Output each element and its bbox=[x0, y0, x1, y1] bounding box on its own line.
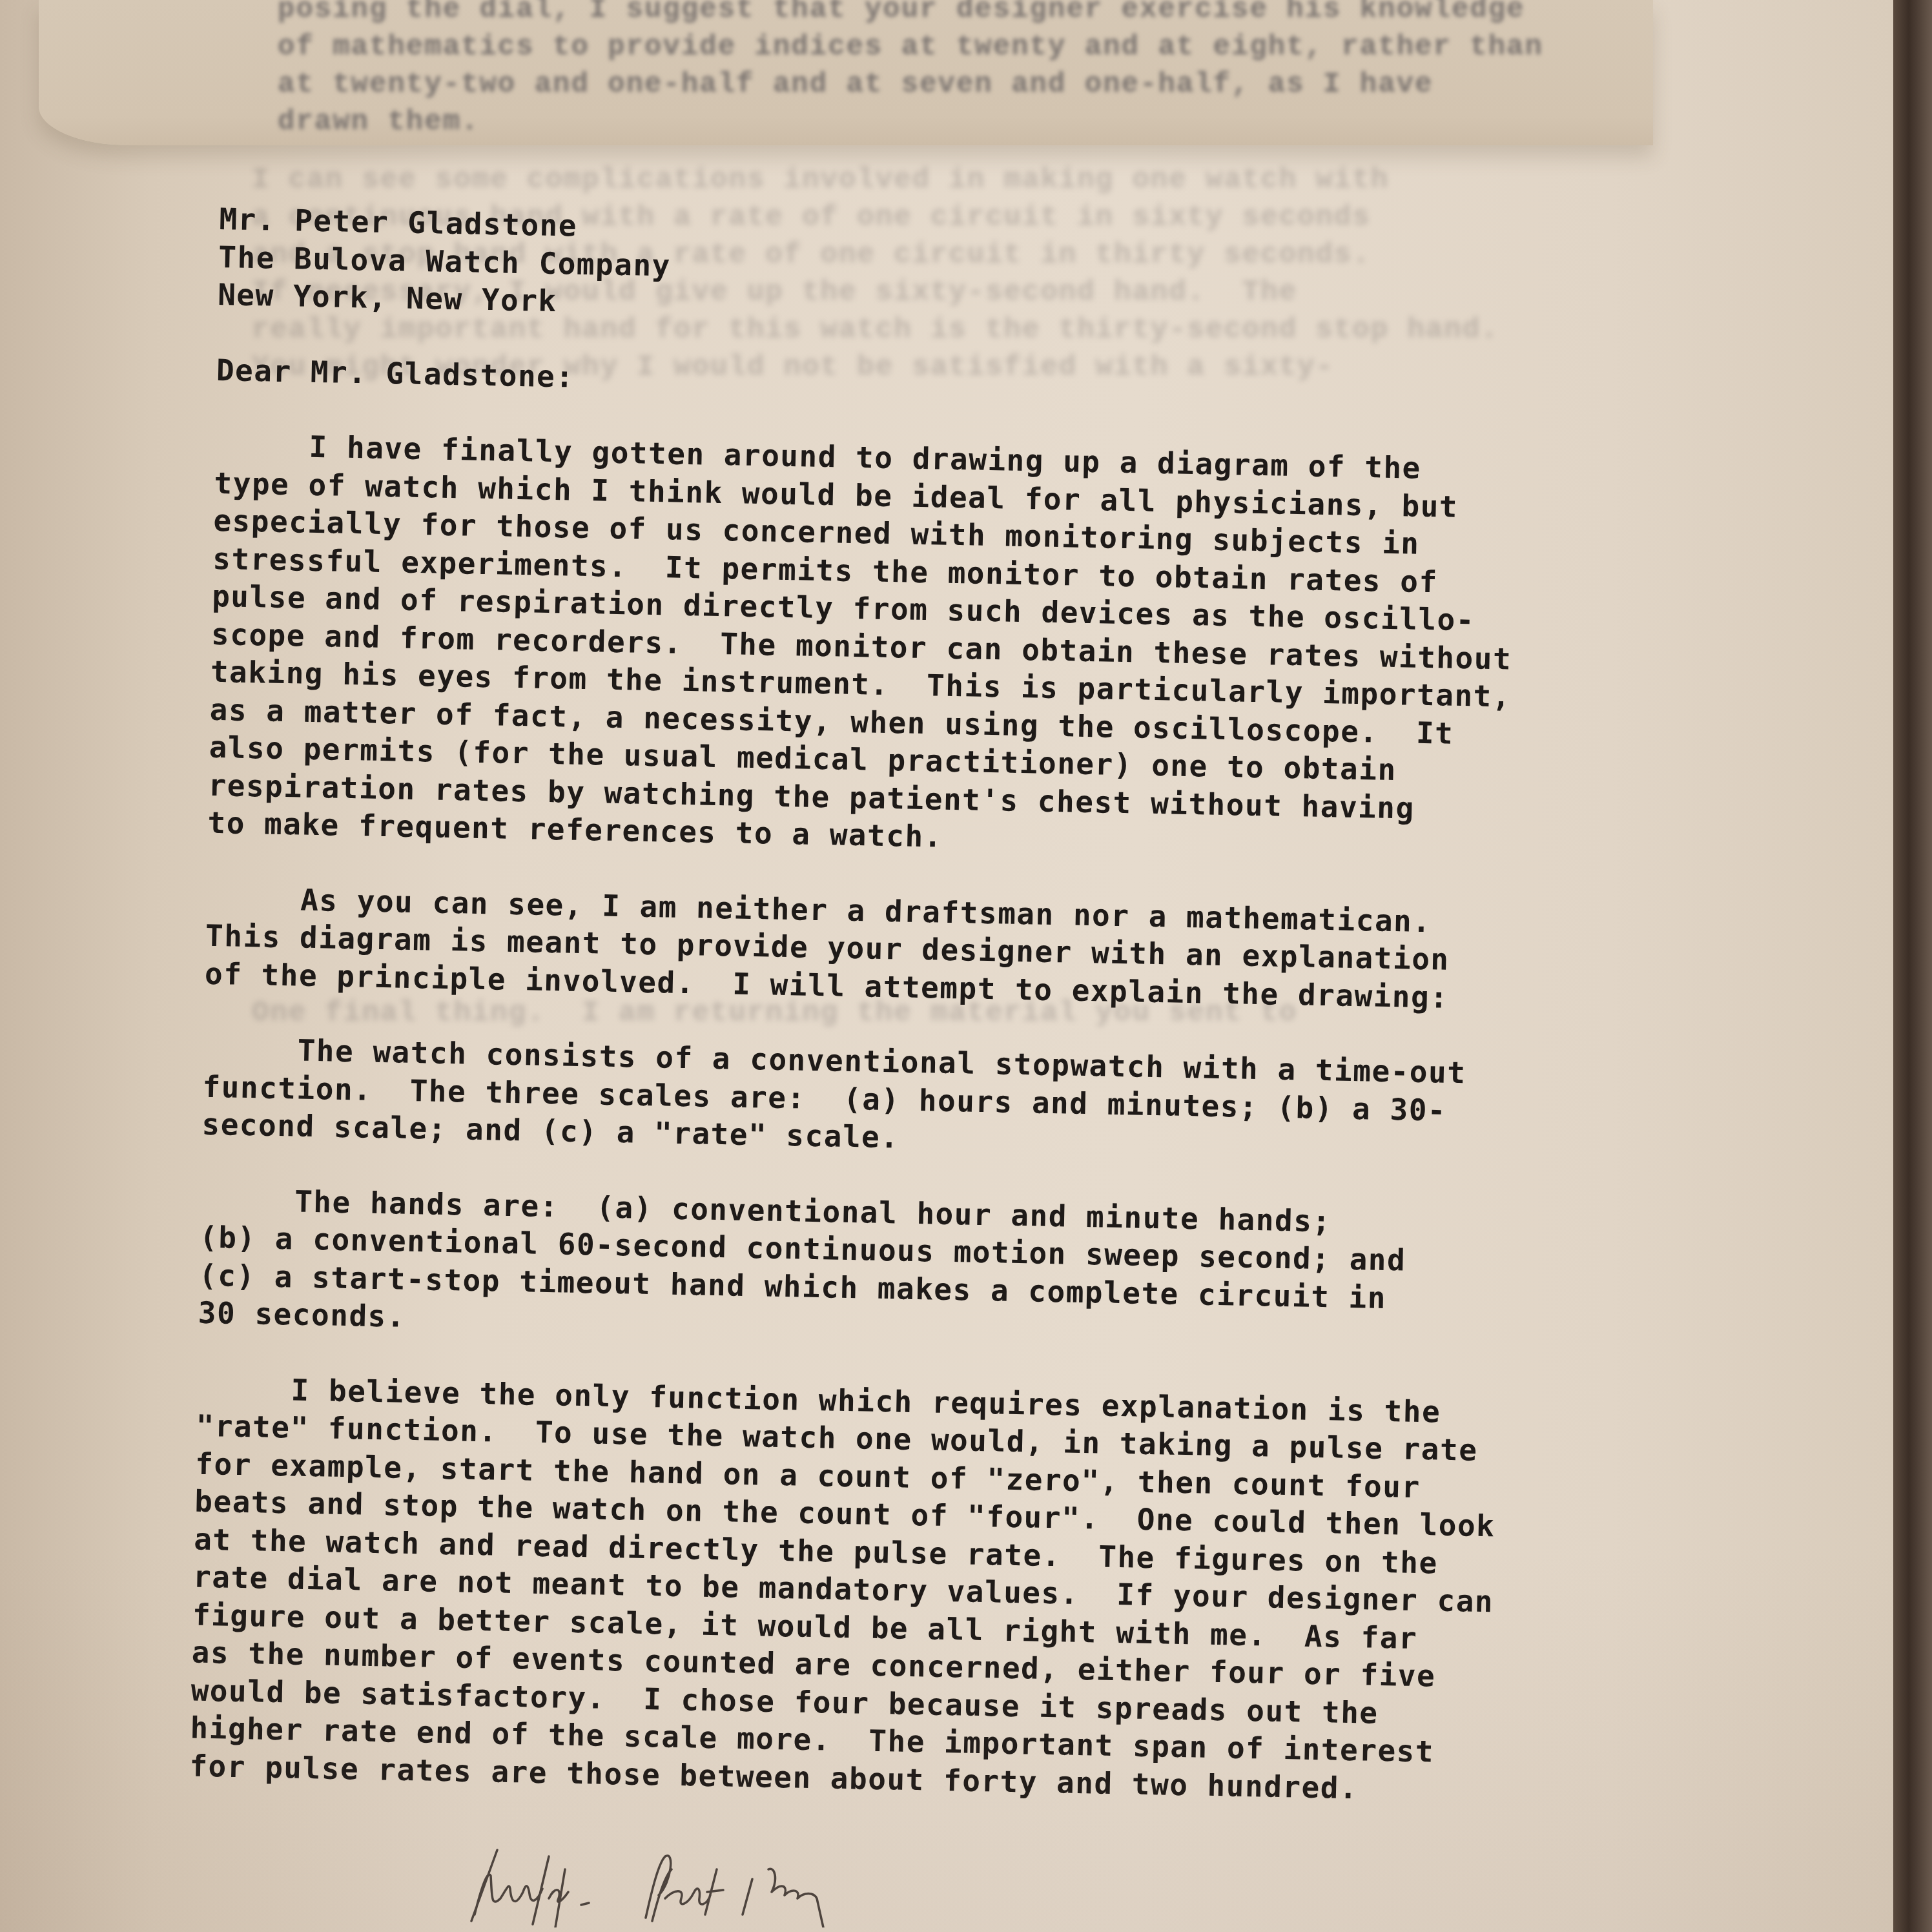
recipient-address: Mr. Peter Gladstone The Bulova Watch Com… bbox=[218, 200, 1588, 340]
letter-body: Mr. Peter Gladstone The Bulova Watch Com… bbox=[189, 200, 1588, 1848]
curled-overpage: posing the dial, I suggest that your des… bbox=[39, 0, 1653, 145]
handwriting-scribble-icon bbox=[452, 1844, 1046, 1927]
paragraph: The hands are: (a) conventional hour and… bbox=[198, 1180, 1569, 1358]
salutation: Dear Mr. Gladstone: bbox=[216, 351, 1585, 415]
handwritten-note: Undated - [illegible signature] bbox=[452, 1844, 1046, 1927]
table-backdrop bbox=[1893, 0, 1932, 1932]
paragraph: I believe the only function which requir… bbox=[189, 1369, 1566, 1811]
overpage-text: posing the dial, I suggest that your des… bbox=[278, 0, 1543, 141]
paragraph: As you can see, I am neither a draftsman… bbox=[204, 879, 1575, 1018]
letter-page: I can see some complications involved in… bbox=[0, 0, 1895, 1932]
letter-paragraphs: I have finally gotten around to drawing … bbox=[189, 426, 1584, 1811]
paragraph: I have finally gotten around to drawing … bbox=[207, 426, 1584, 868]
paragraph: The watch consists of a conventional sto… bbox=[201, 1030, 1572, 1169]
